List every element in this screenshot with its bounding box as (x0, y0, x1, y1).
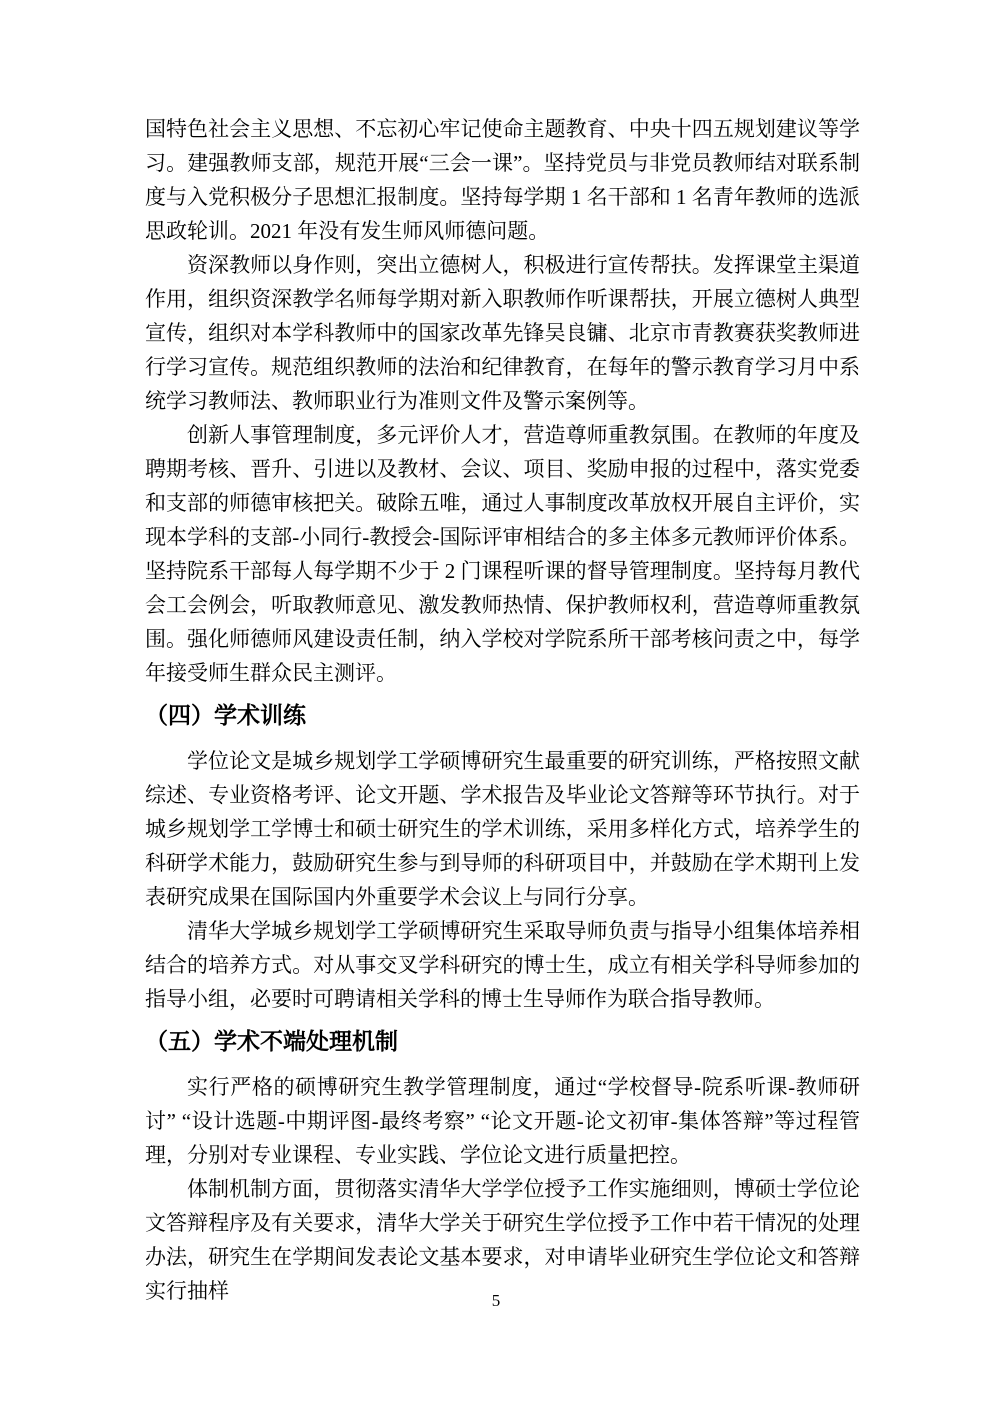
body-paragraph: 国特色社会主义思想、不忘初心牢记使命主题教育、中央十四五规划建议等学习。建强教师… (145, 112, 860, 248)
body-paragraph: 创新人事管理制度，多元评价人才，营造尊师重教氛围。在教师的年度及聘期考核、晋升、… (145, 418, 860, 690)
body-paragraph: 资深教师以身作则，突出立德树人，积极进行宣传帮扶。发挥课堂主渠道作用，组织资深教… (145, 248, 860, 418)
document-page: 国特色社会主义思想、不忘初心牢记使命主题教育、中央十四五规划建议等学习。建强教师… (0, 0, 992, 1403)
document-body: 国特色社会主义思想、不忘初心牢记使命主题教育、中央十四五规划建议等学习。建强教师… (145, 112, 860, 1308)
section-heading: （四）学术训练 (145, 698, 860, 732)
body-paragraph: 清华大学城乡规划学工学硕博研究生采取导师负责与指导小组集体培养相结合的培养方式。… (145, 914, 860, 1016)
body-paragraph: 实行严格的硕博研究生教学管理制度，通过“学校督导-院系听课-教师研讨” “设计选… (145, 1070, 860, 1172)
page-number: 5 (0, 1290, 992, 1312)
section-heading: （五）学术不端处理机制 (145, 1024, 860, 1058)
body-paragraph: 学位论文是城乡规划学工学硕博研究生最重要的研究训练，严格按照文献综述、专业资格考… (145, 744, 860, 914)
body-paragraph: 体制机制方面，贯彻落实清华大学学位授予工作实施细则，博硕士学位论文答辩程序及有关… (145, 1172, 860, 1308)
